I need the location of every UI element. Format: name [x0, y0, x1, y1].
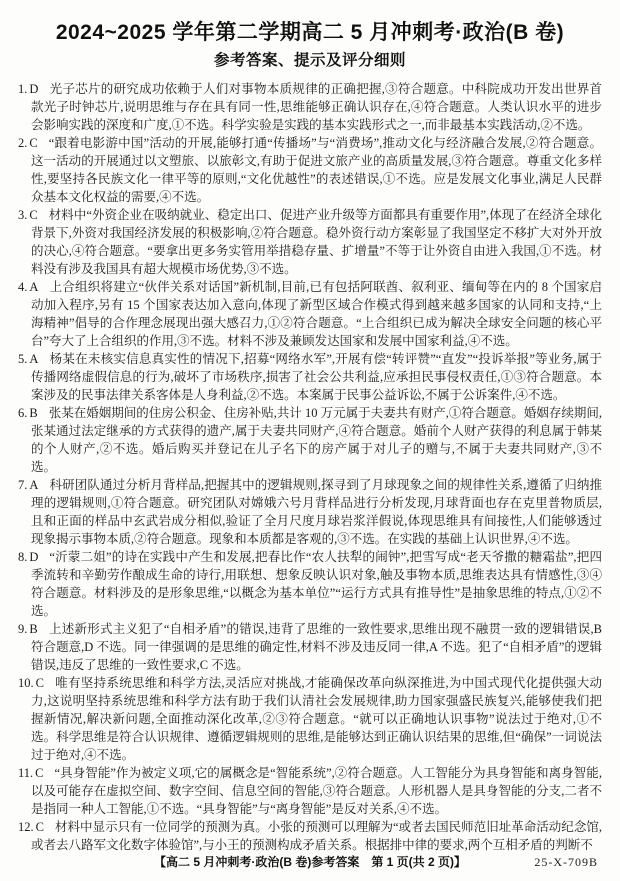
- answer-explanation: 唯有坚持系统思维和科学方法,灵活应对挑战,才能确保改革向纵深推进,为中国式现代化…: [31, 676, 602, 762]
- answer-explanation: 杨某在未核实信息真实性的情况下,招募“网络水军”,开展有偿“转评赞”“直发”“投…: [31, 352, 602, 402]
- answer-letter: A: [29, 352, 38, 366]
- answer-explanation: “具身智能”作为被定义项,它的属概念是“智能系统”,②符合题意。人工智能分为具身…: [31, 766, 602, 816]
- question-number: 7.: [18, 478, 27, 492]
- footer-paper-code: 25-X-709B: [534, 853, 598, 871]
- answer-item: 1.D光子芯片的研究成功依赖于人们对事物本质规律的正确把握,③符合题意。中科院成…: [18, 80, 602, 134]
- answer-explanation: “跟着电影游中国”活动的开展,能够打通“传播场”与“消费场”,推动文化与经济融合…: [31, 136, 602, 204]
- answer-item: 12.C材料中显示只有一位同学的预测为真。小张的预测可以理解为“或者去国民师范旧…: [18, 818, 602, 854]
- answer-letter: C: [36, 820, 44, 834]
- answer-item: 7.A科研团队通过分析月背样品,把握其中的逻辑规则,探寻到了月球现象之间的规律性…: [18, 476, 602, 548]
- answer-explanation: 张某在婚姻期间的住房公积金、住房补贴,共计 10 万元属于夫妻共有财产,①符合题…: [31, 406, 602, 474]
- answer-letter: C: [36, 676, 44, 690]
- answer-item: 9.B上述新形式主义犯了“自相矛盾”的错误,违背了思维的一致性要求,思维出现不融…: [18, 620, 602, 674]
- page-subtitle: 参考答案、提示及评分细则: [18, 48, 602, 70]
- question-number: 11.: [18, 766, 33, 780]
- answer-letter: C: [29, 208, 37, 222]
- answer-letter: C: [29, 136, 37, 150]
- answer-item: 4.A上合组织将建立“伙伴关系对话国”新机制,目前,已有包括阿联酋、叙利亚、缅甸…: [18, 278, 602, 350]
- answers-list: 1.D光子芯片的研究成功依赖于人们对事物本质规律的正确把握,③符合题意。中科院成…: [18, 80, 602, 854]
- answer-explanation: 材料中“外资企业在吸纳就业、稳定出口、促进产业升级等方面都具有重要作用”,体现了…: [31, 208, 602, 276]
- question-number: 5.: [18, 352, 27, 366]
- page-footer: 【高二 5 月冲刺考·政治(B 卷)参考答案 第 1 页(共 2 页)】 25-…: [0, 853, 620, 871]
- answer-item: 8.D“沂蒙二姐”的诗在实践中产生和发展,把春比作“农人扶犁的闹钟”,把雪写成“…: [18, 548, 602, 620]
- answer-letter: D: [29, 550, 38, 564]
- answer-explanation: 光子芯片的研究成功依赖于人们对事物本质规律的正确把握,③符合题意。中科院成功开发…: [31, 82, 602, 132]
- answer-item: 10.C唯有坚持系统思维和科学方法,灵活应对挑战,才能确保改革向纵深推进,为中国…: [18, 674, 602, 764]
- question-number: 8.: [18, 550, 27, 564]
- answer-item: 3.C材料中“外资企业在吸纳就业、稳定出口、促进产业升级等方面都具有重要作用”,…: [18, 206, 602, 278]
- question-number: 12.: [18, 820, 34, 834]
- page-title: 2024~2025 学年第二学期高二 5 月冲刺考·政治(B 卷): [18, 16, 602, 46]
- answer-explanation: 材料中显示只有一位同学的预测为真。小张的预测可以理解为“或者去国民师范旧址革命活…: [31, 820, 602, 852]
- answer-item: 2.C“跟着电影游中国”活动的开展,能够打通“传播场”与“消费场”,推动文化与经…: [18, 134, 602, 206]
- answer-explanation: 上合组织将建立“伙伴关系对话国”新机制,目前,已有包括阿联酋、叙利亚、缅甸等在内…: [31, 280, 602, 348]
- footer-exam-info: 【高二 5 月冲刺考·政治(B 卷)参考答案 第 1 页(共 2 页)】: [0, 853, 620, 871]
- answer-item: 5.A杨某在未核实信息真实性的情况下,招募“网络水军”,开展有偿“转评赞”“直发…: [18, 350, 602, 404]
- question-number: 1.: [18, 82, 27, 96]
- answer-explanation: 上述新形式主义犯了“自相矛盾”的错误,违背了思维的一致性要求,思维出现不融贯一致…: [31, 622, 602, 672]
- question-number: 10.: [18, 676, 34, 690]
- question-number: 6.: [18, 406, 27, 420]
- exam-answer-sheet: 2024~2025 学年第二学期高二 5 月冲刺考·政治(B 卷) 参考答案、提…: [0, 0, 620, 881]
- question-number: 4.: [18, 280, 27, 294]
- answer-letter: B: [29, 406, 37, 420]
- answer-explanation: 科研团队通过分析月背样品,把握其中的逻辑规则,探寻到了月球现象之间的规律性关系,…: [31, 478, 602, 546]
- question-number: 2.: [18, 136, 27, 150]
- question-number: 3.: [18, 208, 27, 222]
- answer-letter: D: [29, 82, 38, 96]
- answer-item: 6.B张某在婚姻期间的住房公积金、住房补贴,共计 10 万元属于夫妻共有财产,①…: [18, 404, 602, 476]
- answer-letter: C: [35, 766, 43, 780]
- answer-letter: A: [29, 280, 38, 294]
- answer-item: 11.C“具身智能”作为被定义项,它的属概念是“智能系统”,②符合题意。人工智能…: [18, 764, 602, 818]
- answer-explanation: “沂蒙二姐”的诗在实践中产生和发展,把春比作“农人扶犁的闹钟”,把雪写成“老天爷…: [31, 550, 602, 618]
- question-number: 9.: [18, 622, 27, 636]
- answer-letter: A: [29, 478, 38, 492]
- answer-letter: B: [29, 622, 37, 636]
